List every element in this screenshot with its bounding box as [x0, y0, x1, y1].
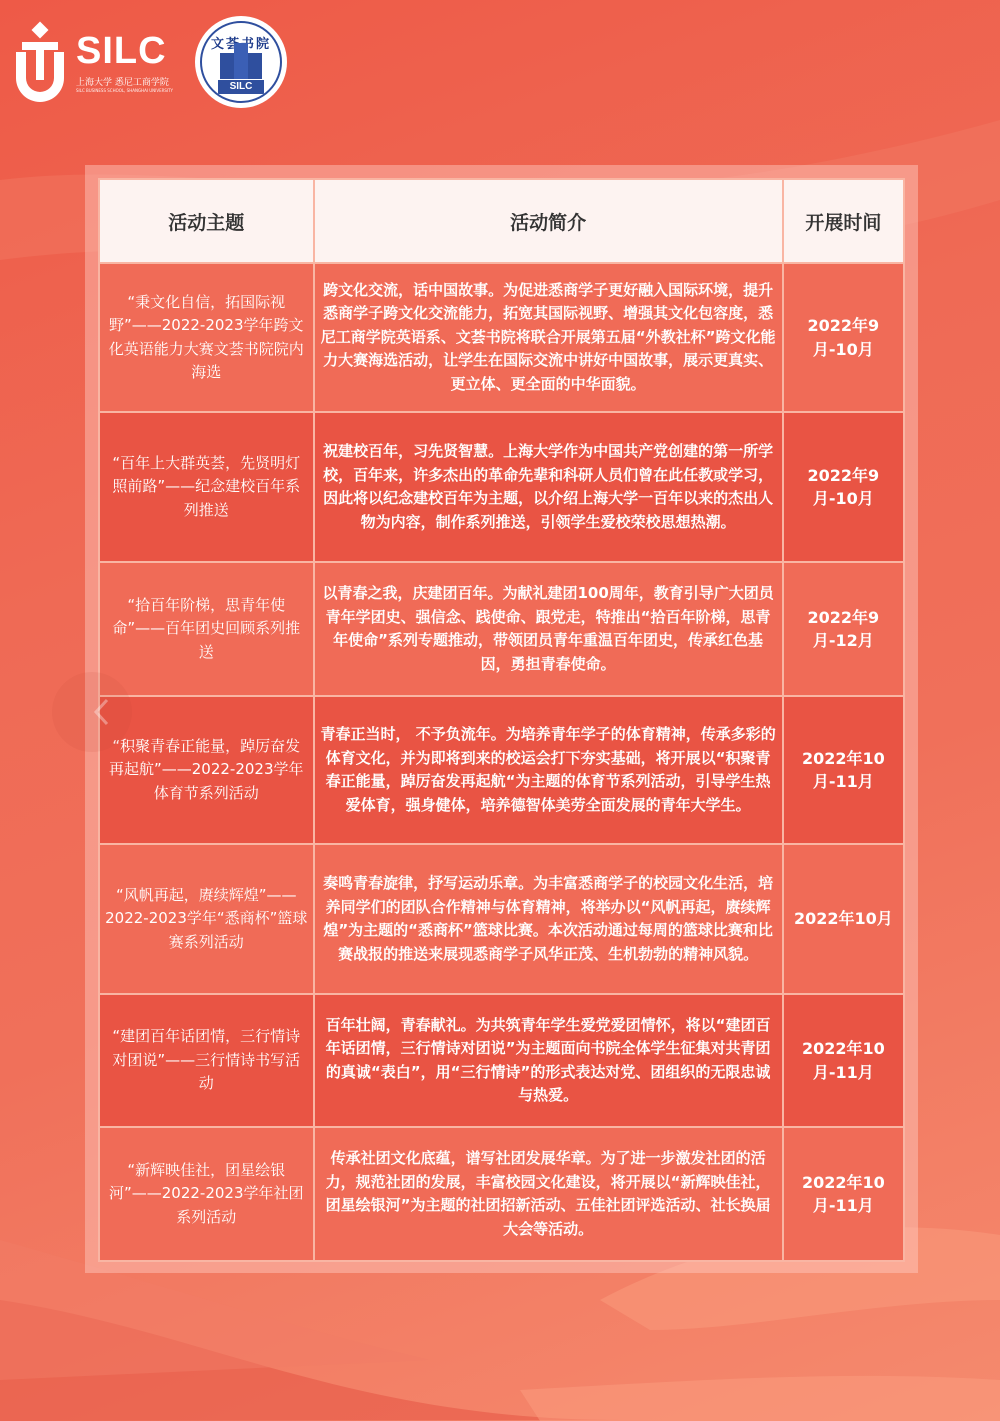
activity-description: 祝建校百年，习先贤智慧。上海大学作为中国共产党创建的第一所学校，百年来，许多杰出…: [314, 412, 783, 562]
activity-description: 百年壮阔，青春献礼。为共筑青年学生爱党爱团情怀，将以“建团百年话团情，三行情诗对…: [314, 994, 783, 1127]
activity-time: 2022年10月-11月: [783, 696, 904, 844]
activity-time: 2022年9月-10月: [783, 412, 904, 562]
header-logos: SILC 上海大学 悉尼工商学院 SILC BUSINESS SCHOOL, S…: [12, 12, 287, 112]
activity-theme: “风帆再起，赓续辉煌”——2022-2023学年“悉商杯”篮球赛系列活动: [99, 844, 314, 994]
activities-table: 活动主题 活动简介 开展时间 “秉文化自信，拓国际视野”——2022-2023学…: [98, 178, 905, 1262]
activity-theme: “百年上大群英荟，先贤明灯照前路”——纪念建校百年系列推送: [99, 412, 314, 562]
activity-time: 2022年9月-10月: [783, 263, 904, 412]
activity-description: 奏鸣青春旋律，抒写运动乐章。为丰富悉商学子的校园文化生活，培养同学们的团队合作精…: [314, 844, 783, 994]
silc-logo: SILC 上海大学 悉尼工商学院 SILC BUSINESS SCHOOL, S…: [12, 18, 173, 106]
activity-theme: “建团百年话团情，三行情诗对团说”——三行情诗书写活动: [99, 994, 314, 1127]
table-row: “秉文化自信，拓国际视野”——2022-2023学年跨文化英语能力大赛文荟书院院…: [99, 263, 904, 412]
shanghai-university-emblem-icon: [12, 18, 68, 106]
silc-logo-subtitle-cn: 上海大学 悉尼工商学院: [76, 75, 173, 88]
table-row: “新辉映佳社，团星绘银河”——2022-2023学年社团系列活动 传承社团文化底…: [99, 1127, 904, 1261]
seal-badge: SILC: [218, 80, 264, 94]
table-row: “建团百年话团情，三行情诗对团说”——三行情诗书写活动 百年壮阔，青春献礼。为共…: [99, 994, 904, 1127]
chevron-left-icon: [93, 698, 109, 726]
silc-logo-text: SILC: [76, 31, 173, 71]
table-row: “风帆再起，赓续辉煌”——2022-2023学年“悉商杯”篮球赛系列活动 奏鸣青…: [99, 844, 904, 994]
table-header-row: 活动主题 活动简介 开展时间: [99, 179, 904, 263]
column-header-description: 活动简介: [314, 179, 783, 263]
activity-time: 2022年10月-11月: [783, 994, 904, 1127]
activity-time: 2022年10月: [783, 844, 904, 994]
silc-logo-subtitle-en: SILC BUSINESS SCHOOL, SHANGHAI UNIVERSIT…: [76, 88, 173, 93]
table-row: “百年上大群英荟，先贤明灯照前路”——纪念建校百年系列推送 祝建校百年，习先贤智…: [99, 412, 904, 562]
activity-time: 2022年10月-11月: [783, 1127, 904, 1261]
activity-theme: “秉文化自信，拓国际视野”——2022-2023学年跨文化英语能力大赛文荟书院院…: [99, 263, 314, 412]
column-header-time: 开展时间: [783, 179, 904, 263]
activity-theme: “拾百年阶梯，思青年使命”——百年团史回顾系列推送: [99, 562, 314, 696]
activity-theme: “新辉映佳社，团星绘银河”——2022-2023学年社团系列活动: [99, 1127, 314, 1261]
activity-description: 青春正当时， 不予负流年。为培养青年学子的体育精神，传承多彩的体育文化，并为即将…: [314, 696, 783, 844]
carousel-prev-button[interactable]: [52, 672, 132, 752]
activity-description: 以青春之我，庆建团百年。为献礼建团100周年，教育引导广大团员青年学团史、强信念…: [314, 562, 783, 696]
column-header-theme: 活动主题: [99, 179, 314, 263]
seal-building-icon: [220, 53, 262, 79]
table-row: “拾百年阶梯，思青年使命”——百年团史回顾系列推送 以青春之我，庆建团百年。为献…: [99, 562, 904, 696]
wenhui-college-seal: 文荟书院 SILC: [195, 16, 287, 108]
activity-description: 传承社团文化底蕴，谱写社团发展华章。为了进一步激发社团的活力，规范社团的发展，丰…: [314, 1127, 783, 1261]
table-row: “积聚青春正能量，踔厉奋发再起航”——2022-2023学年体育节系列活动 青春…: [99, 696, 904, 844]
activity-description: 跨文化交流，话中国故事。为促进悉商学子更好融入国际环境，提升悉商学子跨文化交流能…: [314, 263, 783, 412]
activity-time: 2022年9月-12月: [783, 562, 904, 696]
